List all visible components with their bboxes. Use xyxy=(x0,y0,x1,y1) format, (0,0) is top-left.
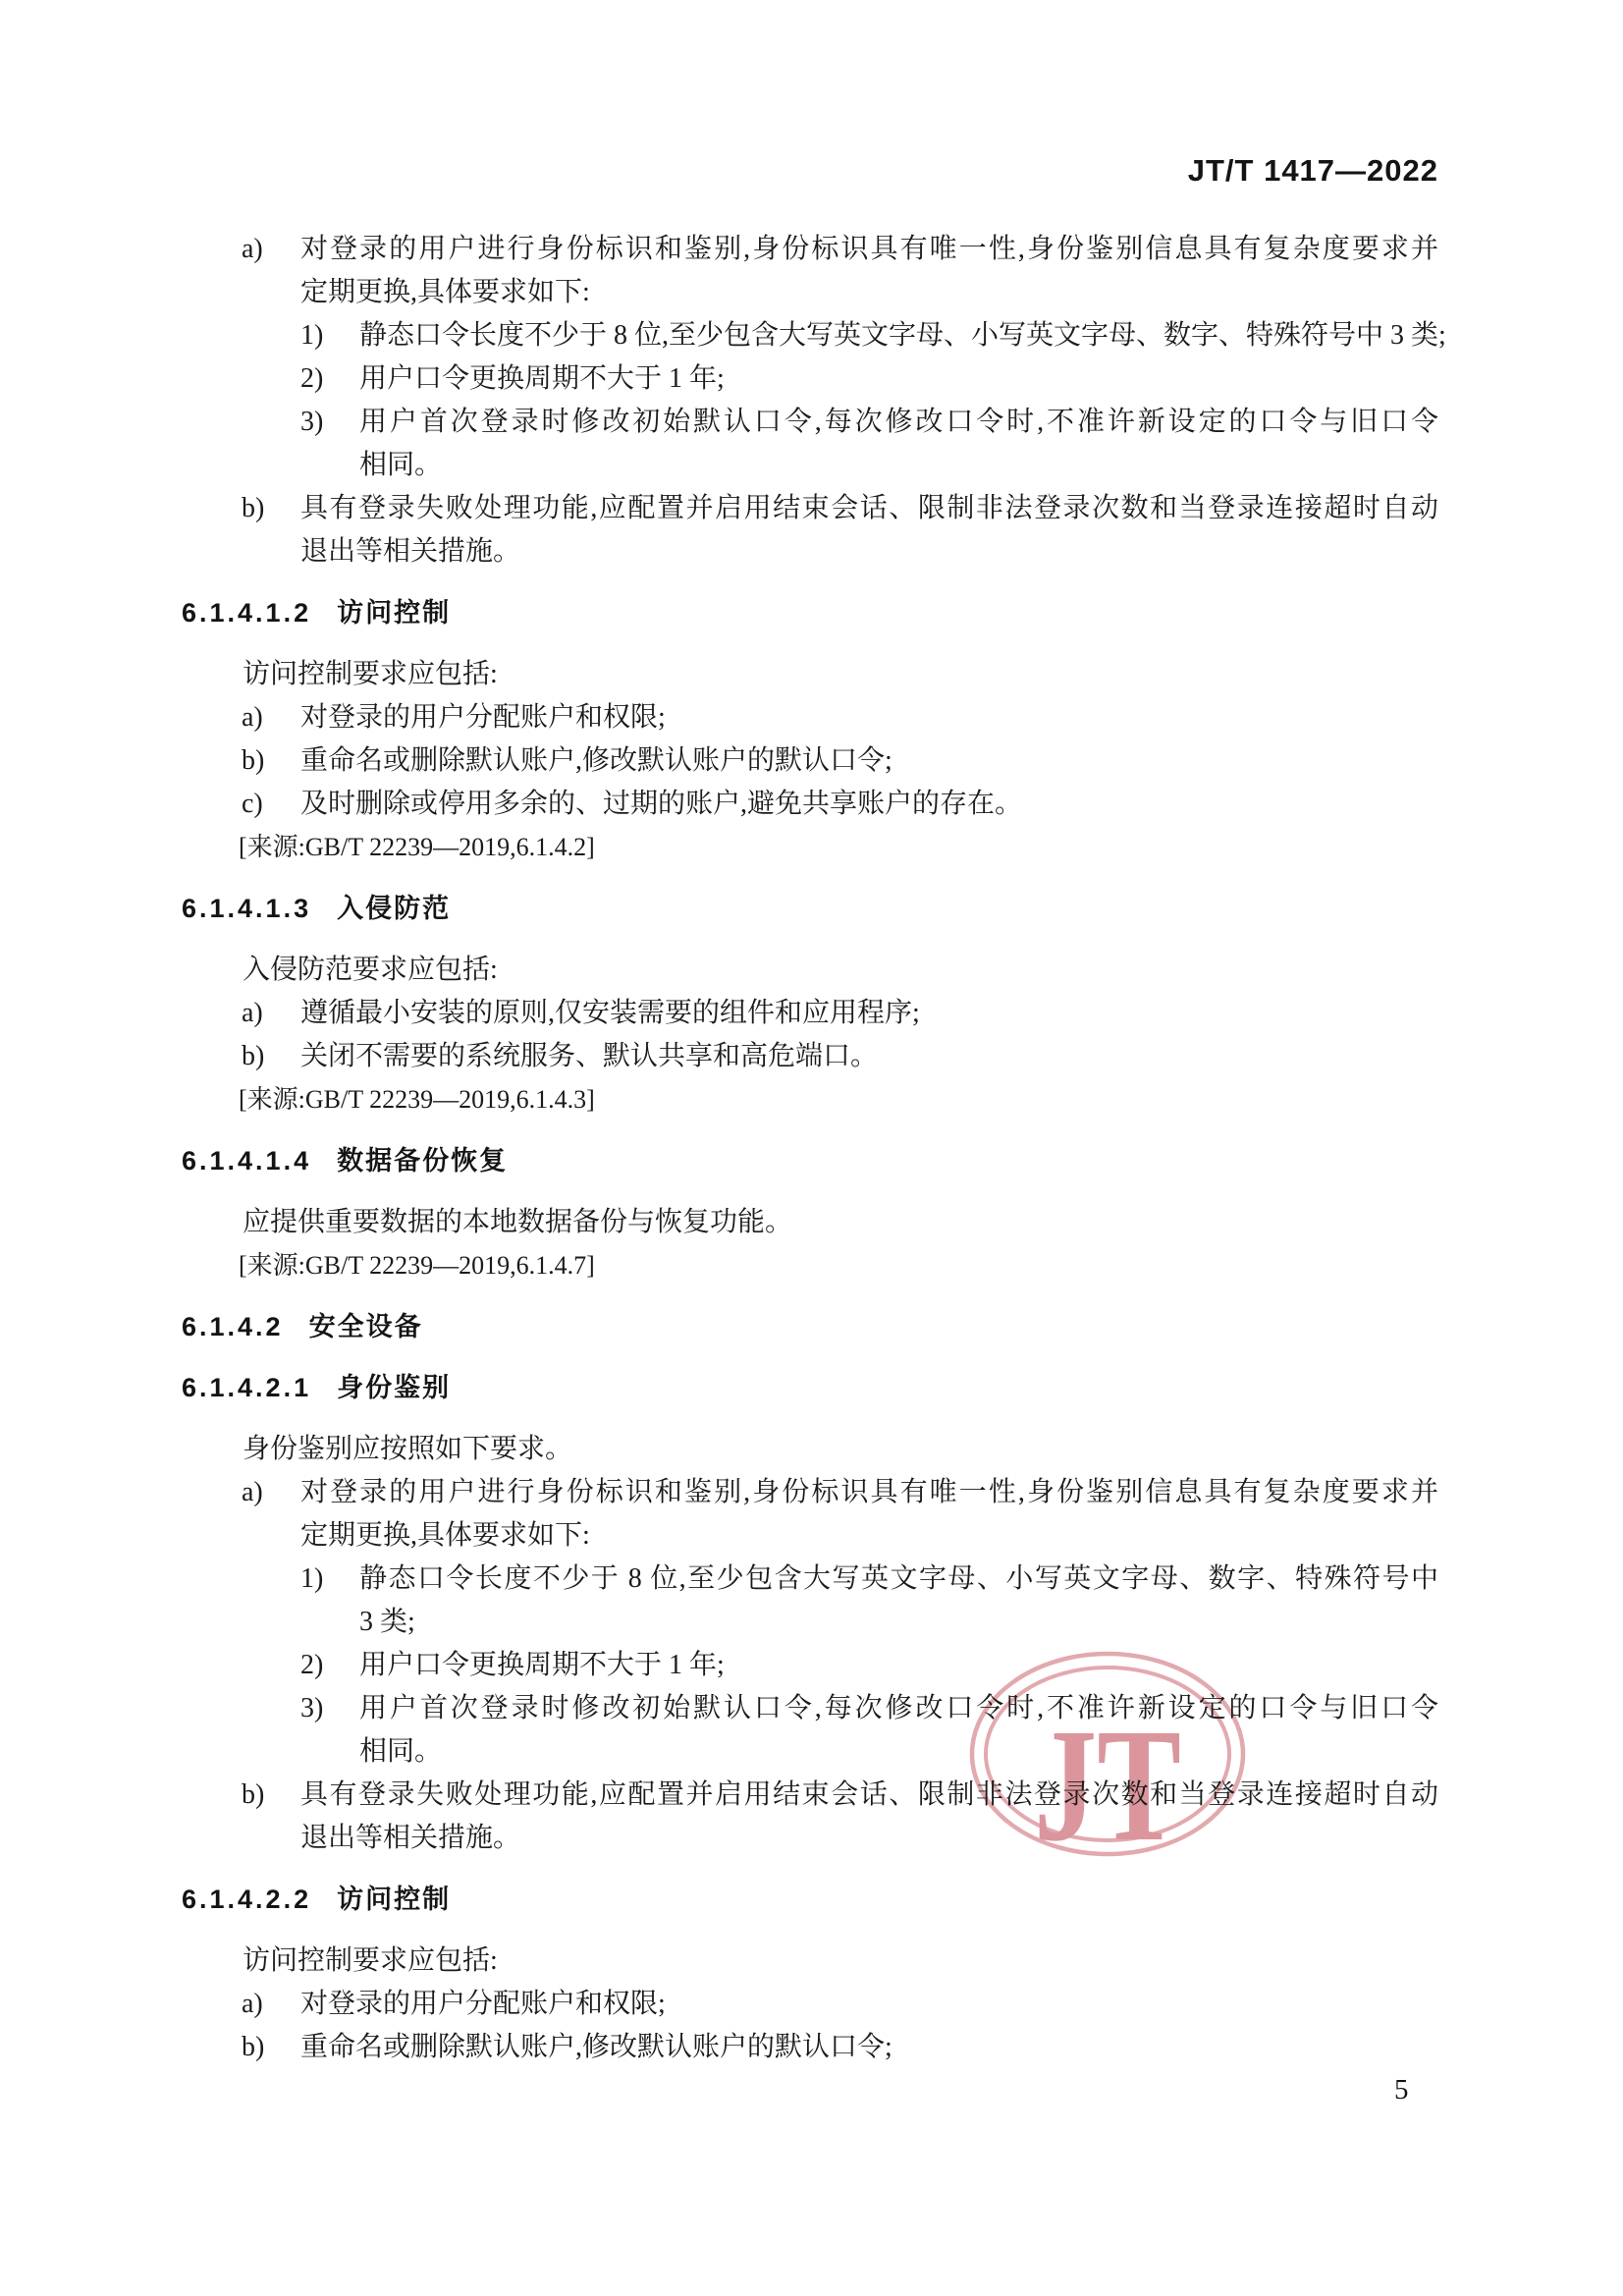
intro-paragraph: 访问控制要求应包括: xyxy=(182,1940,1438,1983)
list-marker: 3) xyxy=(300,1687,323,1730)
list-item-line: 重命名或删除默认账户,修改默认账户的默认口令; xyxy=(300,2026,1438,2069)
section-number: 6.1.4.2.2 xyxy=(182,1885,311,1914)
list-item-line: 3 类; xyxy=(359,1601,1438,1644)
page-content: a) 对登录的用户进行身份标识和鉴别,身份标识具有唯一性,身份鉴别信息具有复杂度… xyxy=(182,228,1438,2069)
running-header-standard-number: JT/T 1417—2022 xyxy=(1188,153,1438,189)
list-item-line: 用户口令更换周期不大于 1 年; xyxy=(359,1644,1438,1687)
list-item-line: 静态口令长度不少于 8 位,至少包含大写英文字母、小写英文字母、数字、特殊符号中 xyxy=(359,1558,1438,1601)
section-title: 访问控制 xyxy=(337,598,451,628)
list-item-b: b) 具有登录失败处理功能,应配置并启用结束会话、限制非法登录次数和当登录连接超… xyxy=(182,1774,1438,1860)
page-number: 5 xyxy=(1394,2074,1409,2106)
list-item-line: 对登录的用户分配账户和权限; xyxy=(300,696,1438,739)
section-number: 6.1.4.1.3 xyxy=(182,894,311,923)
list-marker: 2) xyxy=(300,357,323,401)
section-title: 数据备份恢复 xyxy=(337,1146,508,1175)
list-marker: b) xyxy=(242,2026,264,2069)
list-subitem-1: 1) 静态口令长度不少于 8 位,至少包含大写英文字母、小写英文字母、数字、特殊… xyxy=(182,314,1438,357)
list-item-b: b) 关闭不需要的系统服务、默认共享和高危端口。 xyxy=(182,1035,1438,1078)
list-item-a: a) 遵循最小安装的原则,仅安装需要的组件和应用程序; xyxy=(182,992,1438,1035)
list-marker: 1) xyxy=(300,314,323,357)
list-marker: a) xyxy=(242,696,263,739)
section-heading-security-equipment: 6.1.4.2安全设备 xyxy=(182,1305,1438,1348)
section-heading-access-control-1: 6.1.4.1.2访问控制 xyxy=(182,591,1438,634)
list-subitem-3: 3) 用户首次登录时修改初始默认口令,每次修改口令时,不准许新设定的口令与旧口令… xyxy=(182,1687,1438,1774)
list-identity-auth-continued: a) 对登录的用户进行身份标识和鉴别,身份标识具有唯一性,身份鉴别信息具有复杂度… xyxy=(182,228,1438,574)
list-item-line: 重命名或删除默认账户,修改默认账户的默认口令; xyxy=(300,739,1438,783)
list-marker: c) xyxy=(242,783,263,826)
list-item-b: b) 具有登录失败处理功能,应配置并启用结束会话、限制非法登录次数和当登录连接超… xyxy=(182,487,1438,574)
list-item-a: a) 对登录的用户分配账户和权限; xyxy=(182,696,1438,739)
list-marker: b) xyxy=(242,739,264,783)
list-marker: a) xyxy=(242,992,263,1035)
section-number: 6.1.4.1.2 xyxy=(182,598,311,628)
list-item-line: 用户首次登录时修改初始默认口令,每次修改口令时,不准许新设定的口令与旧口令 xyxy=(359,1687,1438,1730)
section-title: 入侵防范 xyxy=(337,894,451,923)
section-heading-data-backup: 6.1.4.1.4数据备份恢复 xyxy=(182,1139,1438,1182)
list-subitem-2: 2) 用户口令更换周期不大于 1 年; xyxy=(182,1644,1438,1687)
list-item-line: 对登录的用户进行身份标识和鉴别,身份标识具有唯一性,身份鉴别信息具有复杂度要求并 xyxy=(300,228,1438,271)
list-subitem-3: 3) 用户首次登录时修改初始默认口令,每次修改口令时,不准许新设定的口令与旧口令… xyxy=(182,401,1438,487)
section-number: 6.1.4.2.1 xyxy=(182,1373,311,1402)
list-item-line: 具有登录失败处理功能,应配置并启用结束会话、限制非法登录次数和当登录连接超时自动 xyxy=(300,487,1438,530)
list-item-line: 遵循最小安装的原则,仅安装需要的组件和应用程序; xyxy=(300,992,1438,1035)
body-paragraph: 应提供重要数据的本地数据备份与恢复功能。 xyxy=(182,1201,1438,1244)
list-marker: a) xyxy=(242,1983,263,2026)
list-marker: 3) xyxy=(300,401,323,444)
section-title: 访问控制 xyxy=(337,1885,451,1914)
list-marker: a) xyxy=(242,1471,263,1514)
list-item-line: 相同。 xyxy=(359,1730,1438,1774)
list-item-line: 退出等相关措施。 xyxy=(300,530,1438,574)
list-marker: b) xyxy=(242,1035,264,1078)
source-reference: [来源:GB/T 22239—2019,6.1.4.7] xyxy=(239,1244,1438,1287)
list-subitem-1: 1) 静态口令长度不少于 8 位,至少包含大写英文字母、小写英文字母、数字、特殊… xyxy=(182,1558,1438,1644)
intro-paragraph: 入侵防范要求应包括: xyxy=(182,949,1438,992)
list-item-a: a) 对登录的用户分配账户和权限; xyxy=(182,1983,1438,2026)
section-heading-intrusion-prevention: 6.1.4.1.3入侵防范 xyxy=(182,887,1438,930)
list-marker: b) xyxy=(242,487,264,530)
list-item-a: a) 对登录的用户进行身份标识和鉴别,身份标识具有唯一性,身份鉴别信息具有复杂度… xyxy=(182,228,1438,314)
list-subitem-2: 2) 用户口令更换周期不大于 1 年; xyxy=(182,357,1438,401)
list-marker: a) xyxy=(242,228,263,271)
list-item-line: 具有登录失败处理功能,应配置并启用结束会话、限制非法登录次数和当登录连接超时自动 xyxy=(300,1774,1438,1817)
section-heading-identity-auth: 6.1.4.2.1身份鉴别 xyxy=(182,1366,1438,1409)
list-item-line: 静态口令长度不少于 8 位,至少包含大写英文字母、小写英文字母、数字、特殊符号中… xyxy=(359,314,1438,357)
list-item-line: 定期更换,具体要求如下: xyxy=(300,1514,1438,1558)
list-marker: 1) xyxy=(300,1558,323,1601)
list-item-line: 对登录的用户分配账户和权限; xyxy=(300,1983,1438,2026)
list-item-line: 及时删除或停用多余的、过期的账户,避免共享账户的存在。 xyxy=(300,783,1438,826)
list-item-b: b) 重命名或删除默认账户,修改默认账户的默认口令; xyxy=(182,2026,1438,2069)
section-heading-access-control-2: 6.1.4.2.2访问控制 xyxy=(182,1878,1438,1921)
intro-paragraph: 访问控制要求应包括: xyxy=(182,653,1438,696)
section-number: 6.1.4.2 xyxy=(182,1312,284,1341)
list-item-line: 定期更换,具体要求如下: xyxy=(300,271,1438,314)
intro-paragraph: 身份鉴别应按照如下要求。 xyxy=(182,1428,1438,1471)
list-marker: 2) xyxy=(300,1644,323,1687)
section-title: 身份鉴别 xyxy=(337,1373,451,1402)
list-item-line: 用户首次登录时修改初始默认口令,每次修改口令时,不准许新设定的口令与旧口令 xyxy=(359,401,1438,444)
document-page: JT JT/T 1417—2022 a) 对登录的用户进行身份标识和鉴别,身份标… xyxy=(0,0,1623,2296)
list-item-c: c) 及时删除或停用多余的、过期的账户,避免共享账户的存在。 xyxy=(182,783,1438,826)
list-item-line: 对登录的用户进行身份标识和鉴别,身份标识具有唯一性,身份鉴别信息具有复杂度要求并 xyxy=(300,1471,1438,1514)
list-item-line: 用户口令更换周期不大于 1 年; xyxy=(359,357,1438,401)
list-item-line: 关闭不需要的系统服务、默认共享和高危端口。 xyxy=(300,1035,1438,1078)
list-item-line: 退出等相关措施。 xyxy=(300,1817,1438,1860)
section-number: 6.1.4.1.4 xyxy=(182,1146,311,1175)
list-item-b: b) 重命名或删除默认账户,修改默认账户的默认口令; xyxy=(182,739,1438,783)
list-item-line: 相同。 xyxy=(359,444,1438,487)
list-item-a: a) 对登录的用户进行身份标识和鉴别,身份标识具有唯一性,身份鉴别信息具有复杂度… xyxy=(182,1471,1438,1558)
source-reference: [来源:GB/T 22239—2019,6.1.4.3] xyxy=(239,1078,1438,1121)
section-title: 安全设备 xyxy=(309,1312,423,1341)
source-reference: [来源:GB/T 22239—2019,6.1.4.2] xyxy=(239,826,1438,869)
list-marker: b) xyxy=(242,1774,264,1817)
